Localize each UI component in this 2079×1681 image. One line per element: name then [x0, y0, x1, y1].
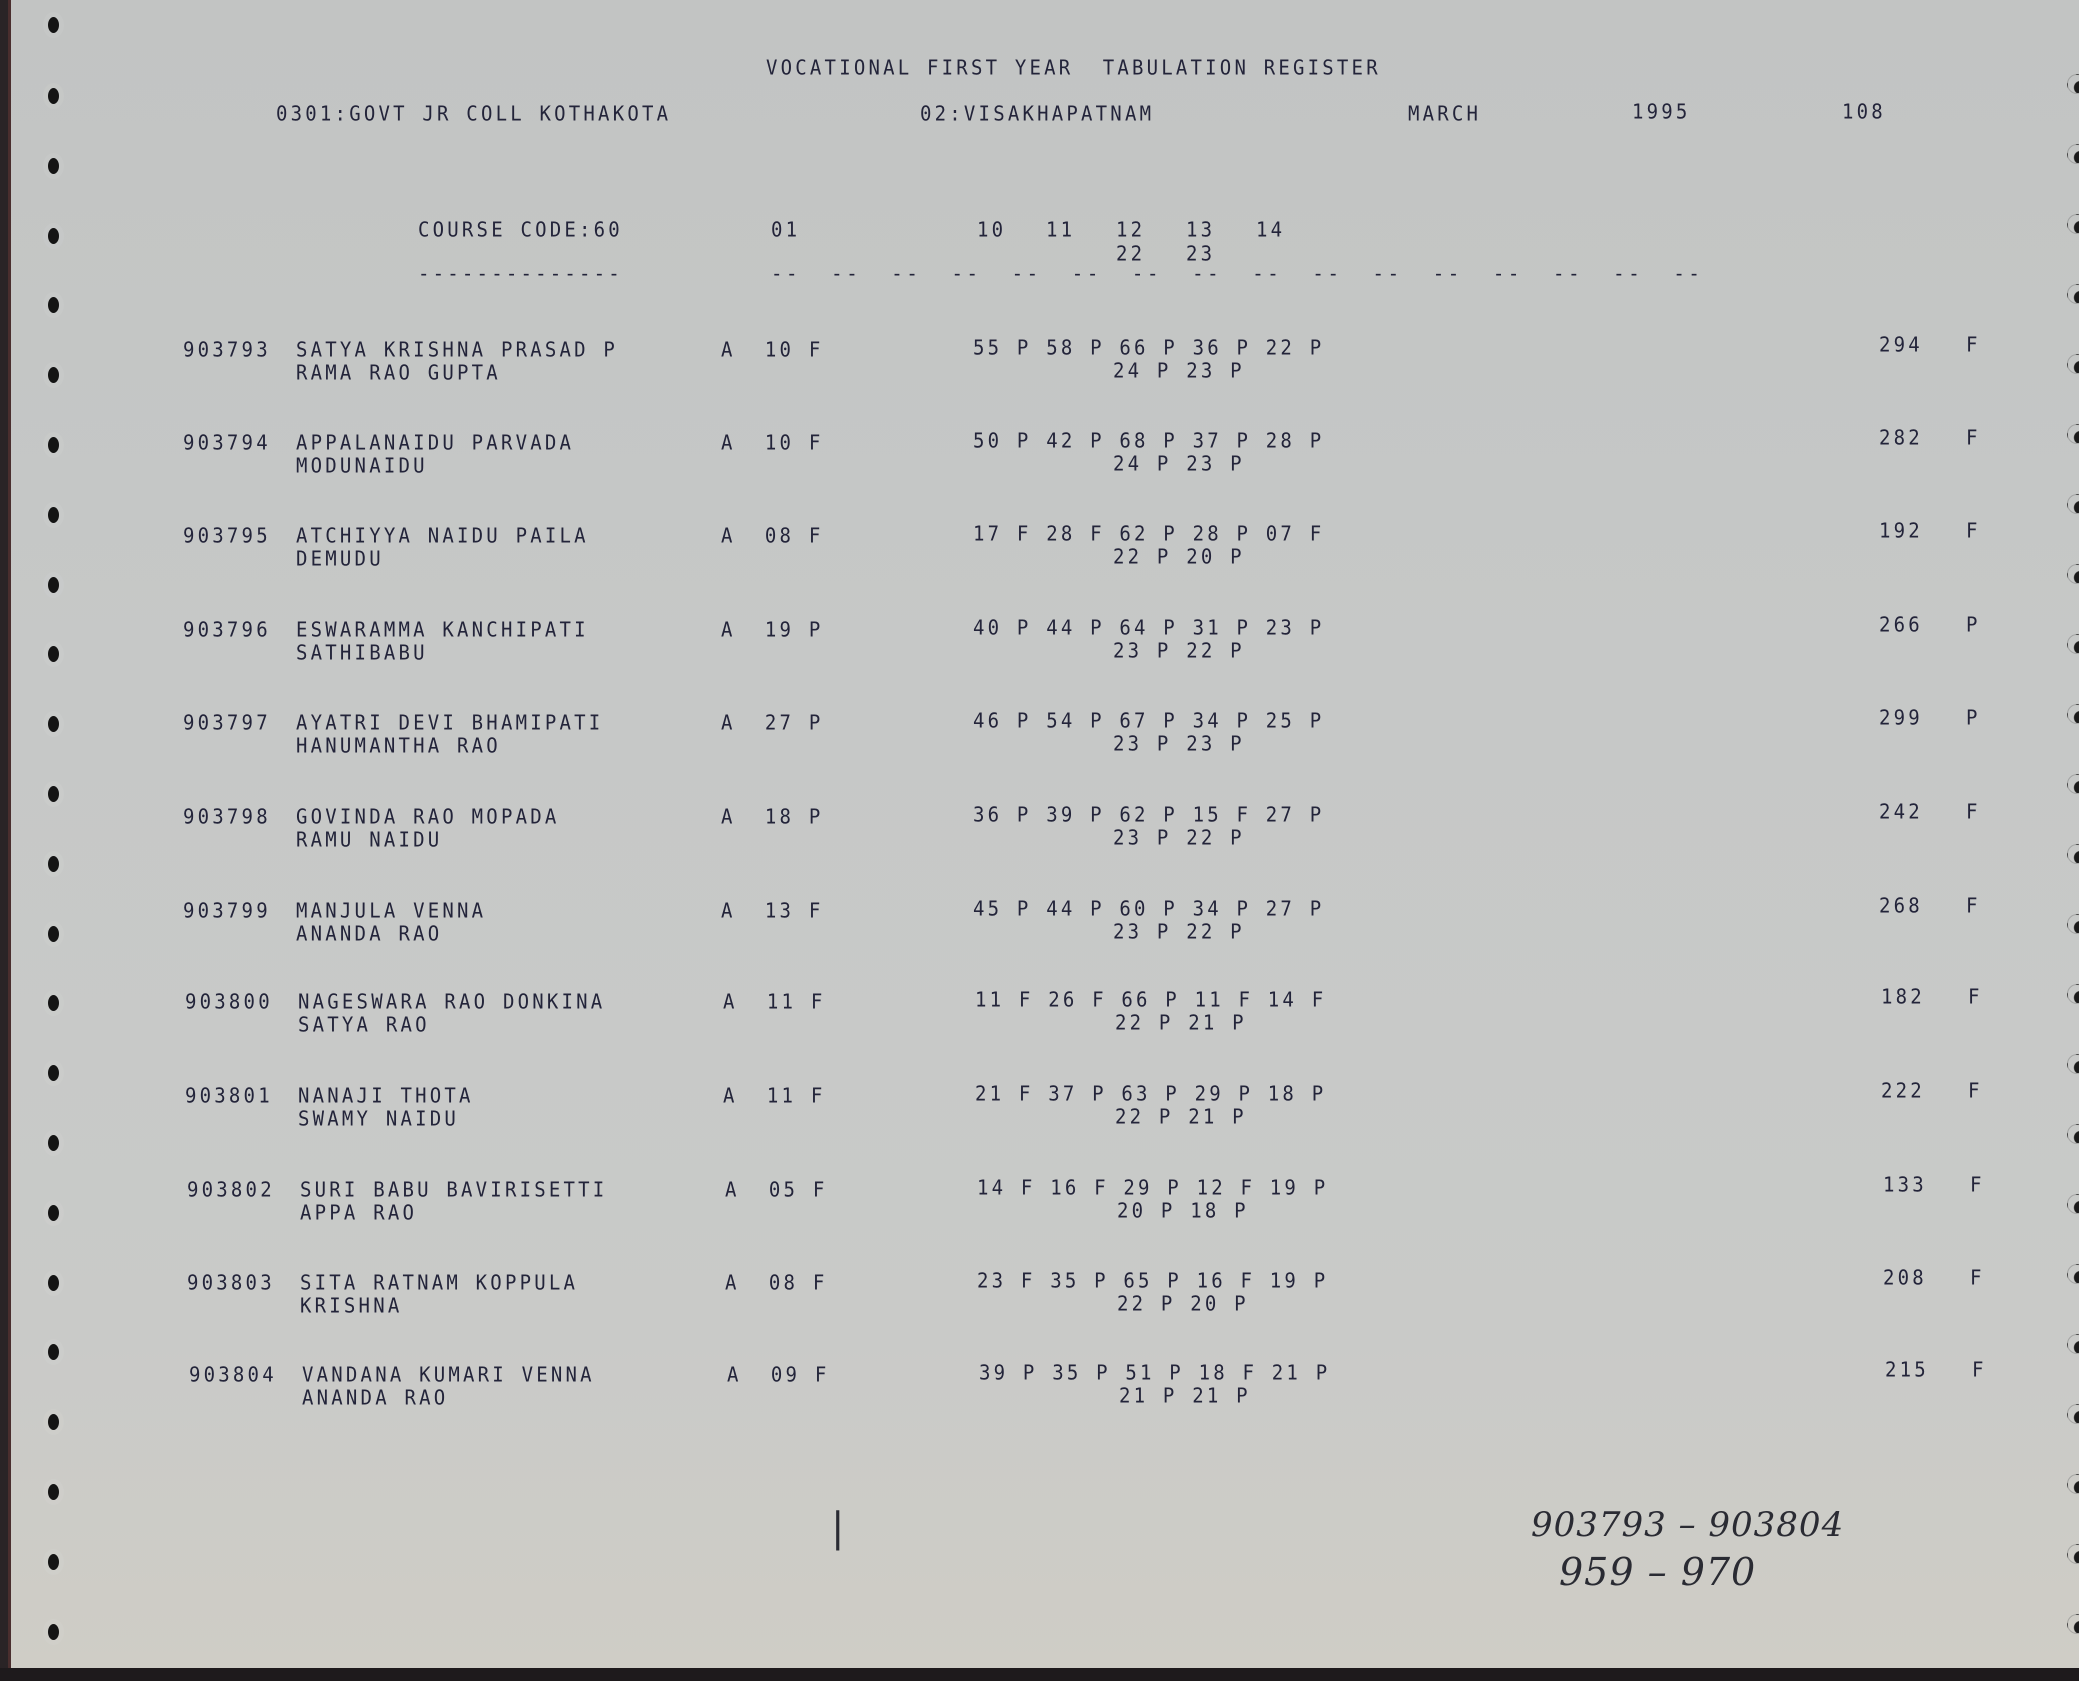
punch-hole [2067, 564, 2079, 584]
punch-hole [48, 1414, 59, 1430]
subject-marks-row2: 24 P 23 P [1113, 359, 1245, 383]
punch-hole [2067, 774, 2079, 794]
subject-marks-row1: 55 P 58 P 66 P 36 P 22 P [973, 336, 1324, 360]
roll-number: 903799 [183, 899, 271, 923]
parent-name: APPA RAO [300, 1201, 417, 1225]
punch-hole [48, 926, 59, 942]
result-status: F [1970, 1173, 1985, 1197]
column-dashes: -- -- -- -- -- -- -- -- -- -- -- -- -- -… [771, 262, 1703, 286]
punch-hole [2067, 494, 2079, 514]
language-marks: A 08 F [725, 1271, 827, 1295]
register-title: VOCATIONAL FIRST YEAR TABULATION REGISTE… [766, 56, 1381, 80]
roll-number: 903796 [183, 618, 271, 642]
subject-code-11: 11 [1046, 218, 1075, 242]
parent-name: DEMUDU [296, 547, 384, 571]
language-marks: A 10 F [721, 338, 823, 362]
subject-marks-row2: 23 P 22 P [1113, 920, 1245, 944]
punch-hole [2067, 1334, 2079, 1354]
subject-marks-row2: 23 P 22 P [1113, 826, 1245, 850]
parent-name: MODUNAIDU [296, 454, 428, 478]
punch-hole [2067, 1194, 2079, 1214]
punch-hole [48, 1484, 59, 1500]
language-marks: A 19 P [721, 618, 823, 642]
punch-hole [48, 158, 59, 174]
punch-hole [48, 1135, 59, 1151]
exam-year: 1995 [1632, 100, 1691, 124]
scan-bottom-edge [0, 1668, 2079, 1681]
punch-hole [2067, 914, 2079, 934]
parent-name: RAMU NAIDU [296, 828, 442, 852]
subject-marks-row1: 36 P 39 P 62 P 15 F 27 P [973, 803, 1324, 827]
result-status: F [1968, 985, 1983, 1009]
punch-hole [48, 367, 59, 383]
subject-marks-row1: 23 F 35 P 65 P 16 F 19 P [977, 1269, 1328, 1293]
subject-marks-row2: 23 P 22 P [1113, 639, 1245, 663]
subject-code-12: 12 [1116, 218, 1145, 242]
punch-hole [48, 577, 59, 593]
total-marks: 208 [1883, 1266, 1927, 1290]
punch-hole [48, 228, 59, 244]
language-marks: A 10 F [721, 431, 823, 455]
handwritten-serial-range: 959 – 970 [1559, 1550, 1756, 1594]
subject-marks-row1: 39 P 35 P 51 P 18 F 21 P [979, 1361, 1330, 1385]
result-status: F [1966, 894, 1981, 918]
punch-hole [2067, 634, 2079, 654]
punch-hole [2067, 1264, 2079, 1284]
subject-code-01: 01 [771, 218, 800, 242]
punch-hole [48, 1205, 59, 1221]
subject-marks-row2: 21 P 21 P [1119, 1384, 1251, 1408]
language-marks: A 18 P [721, 805, 823, 829]
punch-hole [2067, 354, 2079, 374]
total-marks: 282 [1879, 426, 1923, 450]
parent-name: SWAMY NAIDU [298, 1107, 459, 1131]
punch-hole [2067, 984, 2079, 1004]
district-name: 02:VISAKHAPATNAM [920, 102, 1154, 126]
roll-number: 903794 [183, 431, 271, 455]
roll-number: 903803 [187, 1271, 275, 1295]
result-status: F [1972, 1358, 1987, 1382]
student-name: ATCHIYYA NAIDU PAILA [296, 524, 589, 548]
subject-code-14: 14 [1256, 218, 1285, 242]
total-marks: 268 [1879, 894, 1923, 918]
punch-hole [48, 437, 59, 453]
handwritten-roll-range: 903793 – 903804 [1531, 1505, 1844, 1545]
punch-hole [48, 17, 59, 33]
punch-hole [2067, 1404, 2079, 1424]
subject-marks-row2: 22 P 20 P [1117, 1292, 1249, 1316]
roll-number: 903795 [183, 524, 271, 548]
punch-hole [48, 1065, 59, 1081]
course-code-label: COURSE CODE:60 [418, 218, 623, 242]
total-marks: 215 [1885, 1358, 1929, 1382]
punch-hole [48, 1554, 59, 1570]
student-name: NAGESWARA RAO DONKINA [298, 990, 605, 1014]
language-marks: A 11 F [723, 990, 825, 1014]
punch-hole [48, 646, 59, 662]
punch-hole [48, 716, 59, 732]
language-marks: A 09 F [727, 1363, 829, 1387]
student-name: VANDANA KUMARI VENNA [302, 1363, 595, 1387]
page-number: 108 [1842, 100, 1886, 124]
roll-number: 903800 [185, 990, 273, 1014]
roll-number: 903798 [183, 805, 271, 829]
language-marks: A 13 F [721, 899, 823, 923]
punch-hole [48, 507, 59, 523]
result-status: F [1966, 519, 1981, 543]
punch-hole [2067, 704, 2079, 724]
parent-name: SATHIBABU [296, 641, 428, 665]
punch-hole [2067, 144, 2079, 164]
student-name: AYATRI DEVI BHAMIPATI [296, 711, 603, 735]
punch-hole [2067, 214, 2079, 234]
punch-hole [2067, 1614, 2079, 1634]
subject-code-10: 10 [977, 218, 1006, 242]
subject-marks-row1: 45 P 44 P 60 P 34 P 27 P [973, 897, 1324, 921]
subject-marks-row2: 22 P 21 P [1115, 1105, 1247, 1129]
result-status: F [1966, 333, 1981, 357]
subject-marks-row2: 20 P 18 P [1117, 1199, 1249, 1223]
course-code-underline: -------------- [418, 262, 623, 286]
subject-code-13: 13 [1186, 218, 1215, 242]
result-status: F [1968, 1079, 1983, 1103]
student-name: SATYA KRISHNA PRASAD P [296, 338, 618, 362]
student-name: APPALANAIDU PARVADA [296, 431, 574, 455]
total-marks: 133 [1883, 1173, 1927, 1197]
exam-month: MARCH [1408, 102, 1481, 126]
total-marks: 266 [1879, 613, 1923, 637]
punch-hole [48, 995, 59, 1011]
total-marks: 182 [1881, 985, 1925, 1009]
subject-marks-row1: 14 F 16 F 29 P 12 F 19 P [977, 1176, 1328, 1200]
punch-hole [2067, 284, 2079, 304]
punch-hole [2067, 74, 2079, 94]
punch-hole [2067, 844, 2079, 864]
subject-marks-row1: 17 F 28 F 62 P 28 P 07 F [973, 522, 1324, 546]
subject-marks-row2: 23 P 23 P [1113, 732, 1245, 756]
punch-hole [2067, 1544, 2079, 1564]
punch-hole [48, 856, 59, 872]
parent-name: ANANDA RAO [296, 922, 442, 946]
punch-hole [2067, 1474, 2079, 1494]
parent-name: ANANDA RAO [302, 1386, 448, 1410]
tick-mark: | [831, 1505, 845, 1551]
roll-number: 903793 [183, 338, 271, 362]
punch-hole [48, 88, 59, 104]
roll-number: 903804 [189, 1363, 277, 1387]
punch-hole [48, 1344, 59, 1360]
language-marks: A 05 F [725, 1178, 827, 1202]
student-name: SURI BABU BAVIRISETTI [300, 1178, 607, 1202]
total-marks: 294 [1879, 333, 1923, 357]
college-name: 0301:GOVT JR COLL KOTHAKOTA [276, 102, 671, 126]
subject-marks-row1: 50 P 42 P 68 P 37 P 28 P [973, 429, 1324, 453]
language-marks: A 08 F [721, 524, 823, 548]
punch-hole [2067, 1124, 2079, 1144]
punch-hole [2067, 424, 2079, 444]
student-name: ESWARAMMA KANCHIPATI [296, 618, 589, 642]
punch-hole [2067, 1054, 2079, 1074]
parent-name: SATYA RAO [298, 1013, 430, 1037]
student-name: GOVINDA RAO MOPADA [296, 805, 560, 829]
subject-marks-row1: 11 F 26 F 66 P 11 F 14 F [975, 988, 1326, 1012]
total-marks: 222 [1881, 1079, 1925, 1103]
total-marks: 299 [1879, 706, 1923, 730]
register-sheet: VOCATIONAL FIRST YEAR TABULATION REGISTE… [8, 0, 2079, 1668]
result-status: F [1970, 1266, 1985, 1290]
total-marks: 242 [1879, 800, 1923, 824]
subject-marks-row1: 40 P 44 P 64 P 31 P 23 P [973, 616, 1324, 640]
roll-number: 903802 [187, 1178, 275, 1202]
roll-number: 903801 [185, 1084, 273, 1108]
punch-hole [48, 297, 59, 313]
subject-marks-row1: 21 F 37 P 63 P 29 P 18 P [975, 1082, 1326, 1106]
result-status: F [1966, 426, 1981, 450]
result-status: F [1966, 800, 1981, 824]
parent-name: RAMA RAO GUPTA [296, 361, 501, 385]
student-name: MANJULA VENNA [296, 899, 486, 923]
subject-marks-row2: 22 P 20 P [1113, 545, 1245, 569]
student-name: NANAJI THOTA [298, 1084, 474, 1108]
subject-marks-row2: 24 P 23 P [1113, 452, 1245, 476]
punch-hole [48, 1624, 59, 1640]
result-status: P [1966, 706, 1981, 730]
language-marks: A 27 P [721, 711, 823, 735]
parent-name: KRISHNA [300, 1294, 402, 1318]
language-marks: A 11 F [723, 1084, 825, 1108]
result-status: P [1966, 613, 1981, 637]
student-name: SITA RATNAM KOPPULA [300, 1271, 578, 1295]
punch-hole [48, 786, 59, 802]
total-marks: 192 [1879, 519, 1923, 543]
subject-marks-row1: 46 P 54 P 67 P 34 P 25 P [973, 709, 1324, 733]
roll-number: 903797 [183, 711, 271, 735]
subject-marks-row2: 22 P 21 P [1115, 1011, 1247, 1035]
parent-name: HANUMANTHA RAO [296, 734, 501, 758]
punch-hole [48, 1275, 59, 1291]
